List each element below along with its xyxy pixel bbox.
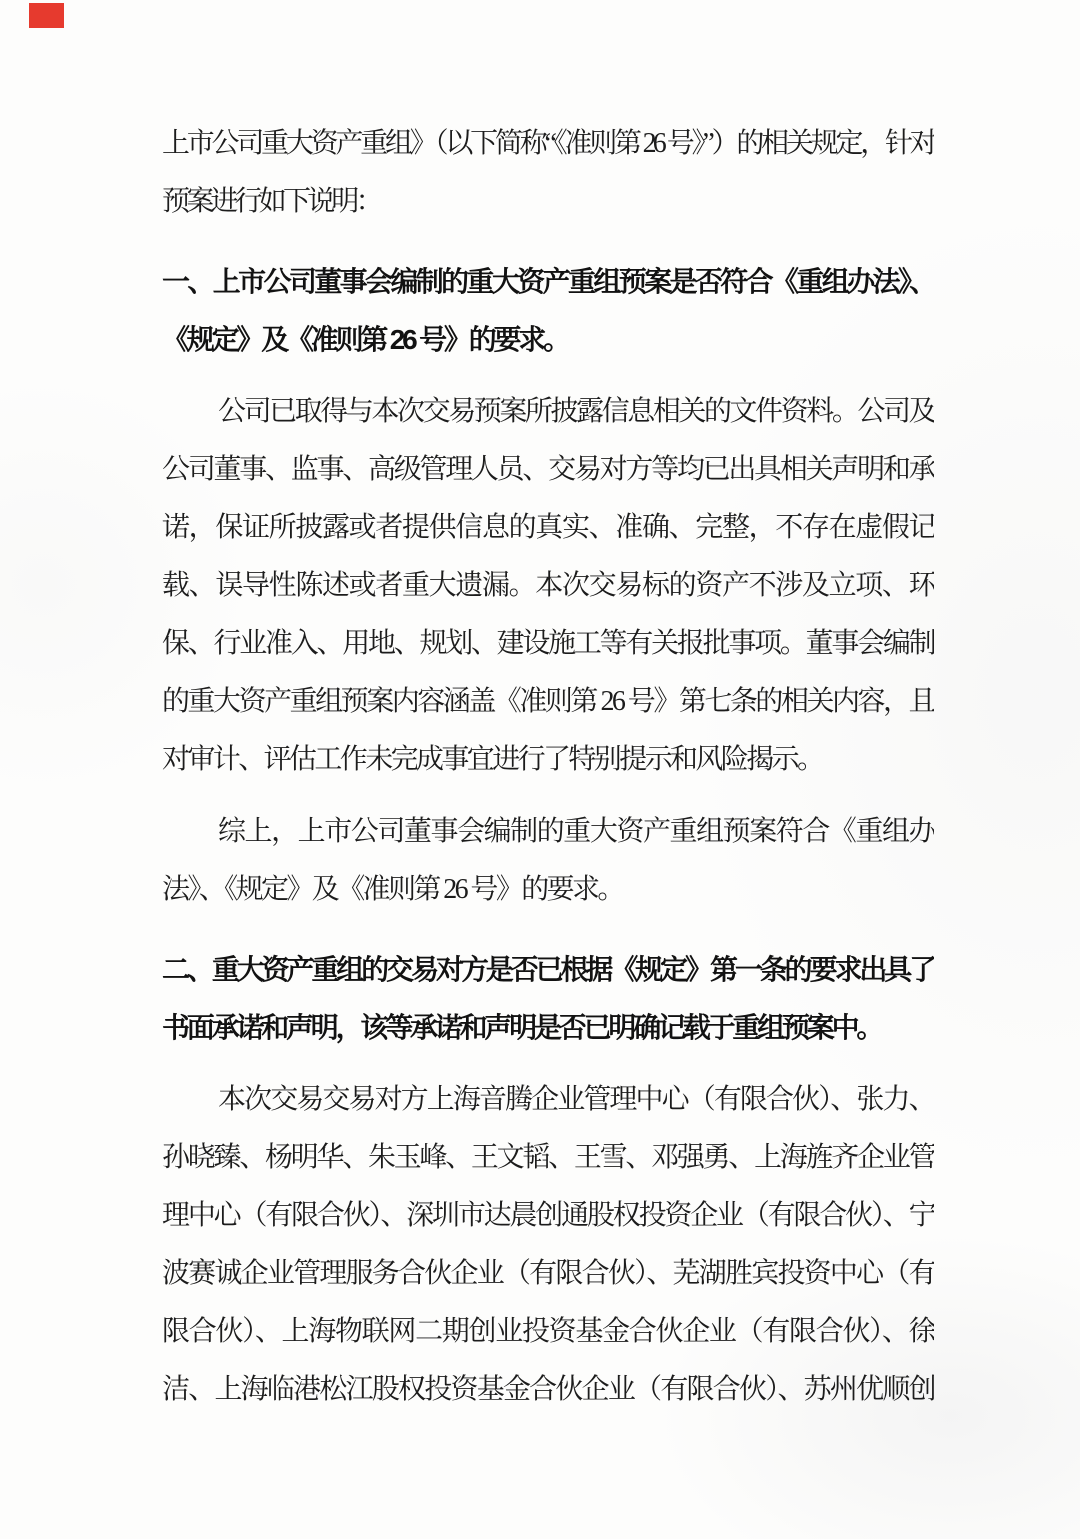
paragraph-counterparties: 本次交易交易对方上海音腾企业管理中心（有限合伙）、张力、孙晓臻、杨明华、朱玉峰、… — [162, 1071, 934, 1421]
scan-artifact-red-mark — [29, 3, 64, 28]
paragraph-disclosure: 公司已取得与本次交易预案所披露信息相关的文件资料。公司及公司董事、监事、高级管理… — [162, 383, 934, 789]
heading-section-1: 一、上市公司董事会编制的重大资产重组预案是否符合《重组办法》、《规定》及《准则第… — [162, 253, 934, 369]
paragraph-conclusion-1: 综上，上市公司董事会编制的重大资产重组预案符合《重组办法》、《规定》及《准则第 … — [162, 803, 934, 919]
document-text-block: 上市公司重大资产重组》（以下简称“《准则第 26 号》”）的相关规定，针对预案进… — [162, 115, 934, 1421]
document-page: 上市公司重大资产重组》（以下简称“《准则第 26 号》”）的相关规定，针对预案进… — [0, 0, 1080, 1539]
heading-section-2: 二、重大资产重组的交易对方是否已根据《规定》第一条的要求出具了书面承诺和声明，该… — [162, 941, 934, 1057]
intro-continuation: 上市公司重大资产重组》（以下简称“《准则第 26 号》”）的相关规定，针对预案进… — [162, 115, 934, 231]
